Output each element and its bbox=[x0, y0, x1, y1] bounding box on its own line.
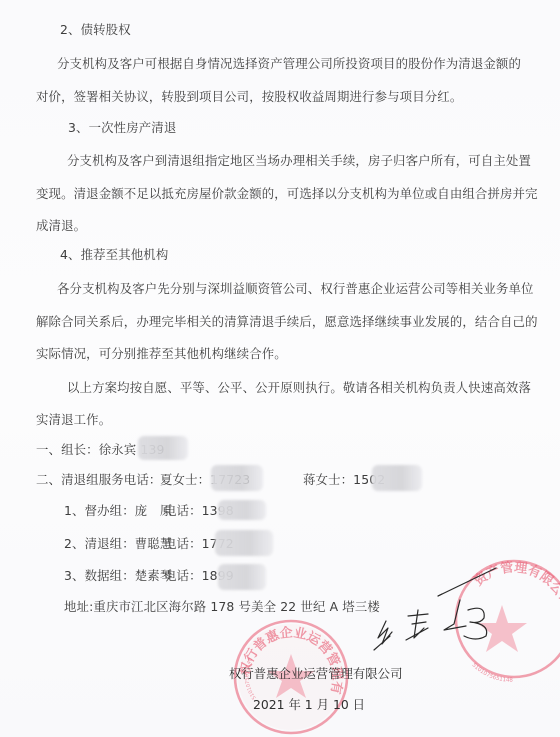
redacted-phone bbox=[215, 530, 273, 556]
section-heading-recommend-other: 4、推荐至其他机构 bbox=[60, 247, 168, 263]
redacted-phone bbox=[218, 500, 266, 520]
paragraph-line: 实际情况，可分别推荐至其他机构继续合作。 bbox=[36, 346, 287, 362]
paragraph-line: 对价，签署相关协议，转股到项目公司，按股权收益周期进行参与项目分红。 bbox=[36, 89, 462, 105]
paragraph-line: 各分支机构及客户先分别与深圳益顺资管公司、权行普惠企业运营公司等相关业务单位 bbox=[57, 281, 534, 297]
closing-line: 以上方案均按自愿、平等、公平、公开原则执行。敬请各相关机构负责人快速高效落 bbox=[67, 380, 531, 396]
document-page: 2、债转股权 分支机构及客户可根据自身情况选择资产管理公司所投资项目的股份作为清… bbox=[0, 0, 560, 737]
address: 地址:重庆市江北区海尔路 178 号美全 22 世纪 A 塔三楼 bbox=[64, 599, 380, 615]
group-settlement: 2、清退组：曹聪慧 bbox=[64, 536, 172, 552]
section-heading-debt-to-equity: 2、债转股权 bbox=[60, 22, 131, 38]
paragraph-line: 分支机构及客户到清退组指定地区当场办理相关手续，房子归客户所有，可自主处置 bbox=[67, 153, 531, 169]
paragraph-line: 变现。清退金额不足以抵充房屋价款金额的，可选择以分支机构为单位或自由组合拼房并完 bbox=[36, 186, 538, 202]
closing-line: 实清退工作。 bbox=[36, 412, 111, 428]
paragraph-line: 解除合同关系后，办理完毕相关的清算清退手续后，愿意选择继续事业发展的，结合自己的 bbox=[36, 314, 538, 330]
paragraph-line: 分支机构及客户可根据自身情况选择资产管理公司所投资项目的股份作为清退金额的 bbox=[57, 56, 521, 72]
group-data: 3、数据组：楚素琴 bbox=[64, 568, 172, 584]
group-supervision: 1、督办组：庞 原 bbox=[64, 503, 172, 519]
redacted-phone bbox=[211, 465, 263, 491]
paragraph-line: 成清退。 bbox=[36, 218, 86, 234]
document-date: 2021 年 1 月 10 日 bbox=[253, 697, 365, 713]
section-heading-property-settlement: 3、一次性房产清退 bbox=[68, 120, 176, 136]
service-phone-label: 二、清退组服务电话： bbox=[36, 472, 161, 488]
company-name: 权行普惠企业运营管理有限公司 bbox=[229, 666, 402, 682]
handwritten-signature bbox=[368, 566, 508, 666]
redacted-phone bbox=[372, 465, 422, 491]
redacted-phone bbox=[138, 436, 188, 460]
redacted-phone bbox=[218, 564, 266, 590]
